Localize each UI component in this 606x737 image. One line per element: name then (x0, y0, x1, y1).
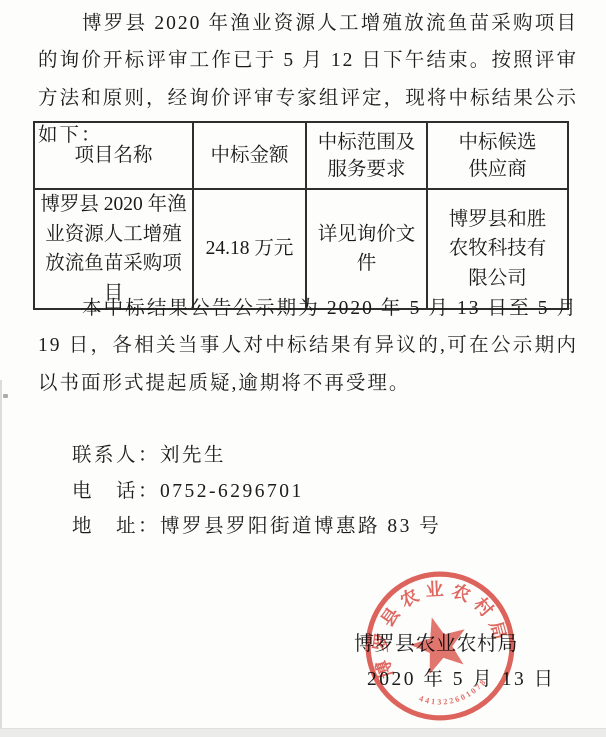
scanned-document-page: 博罗县 2020 年渔业资源人工增殖放流鱼苗采购项目的询价开标评审工作已于 5 … (0, 0, 606, 737)
contact-person-line: 联系人：刘先生 (72, 446, 226, 466)
contact-phone-line: 电 话：0752-6296701 (72, 482, 304, 502)
scan-bottom-strip (0, 728, 606, 737)
contact-address-line: 地 址：博罗县罗阳街道博惠路 83 号 (72, 517, 441, 537)
official-seal: 博罗县农业农村局 441322601078 (345, 551, 535, 737)
bid-results-table: 项目名称 中标金额 中标范围及 服务要求 中标候选 供应商 博罗县 2020 年… (33, 121, 569, 310)
notice-period-paragraph: 本中标结果公告公示期为 2020 年 5 月 13 日至 5 月 19 日，各相… (38, 290, 578, 402)
header-bid-amount: 中标金额 (193, 122, 306, 189)
seal-code: 441322601078 (416, 675, 492, 714)
header-supplier: 中标候选 供应商 (427, 122, 568, 189)
header-project-name: 项目名称 (34, 122, 193, 189)
scan-edge-artifact (0, 380, 2, 729)
header-scope: 中标范围及 服务要求 (306, 122, 427, 189)
table-header-row: 项目名称 中标金额 中标范围及 服务要求 中标候选 供应商 (34, 122, 568, 189)
scan-dot-artifact (3, 394, 8, 398)
seal-star-icon (405, 610, 474, 677)
